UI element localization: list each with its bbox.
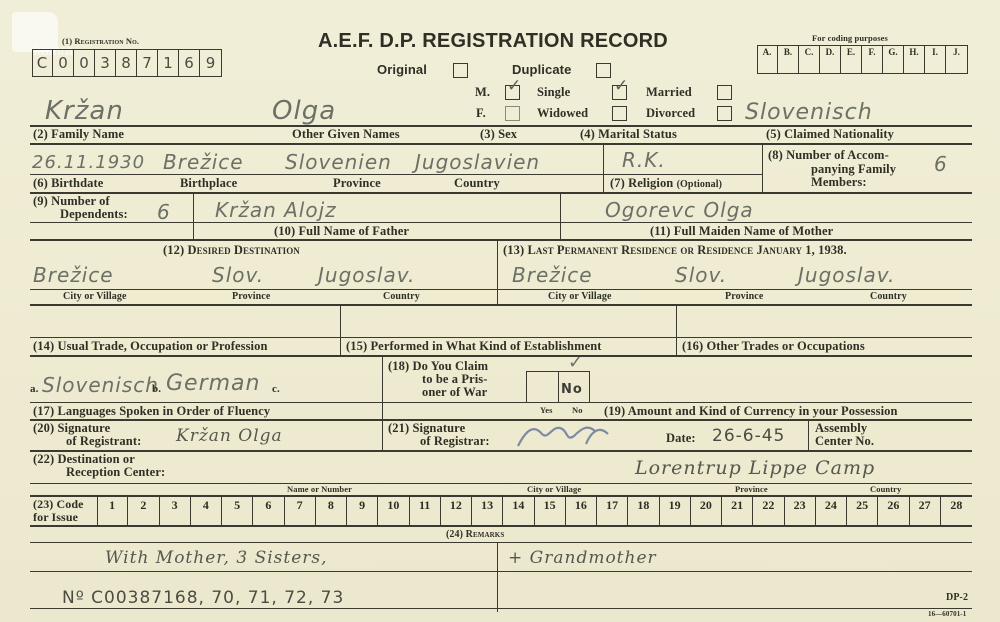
nationality-label: (5) Claimed Nationality [766,127,894,142]
other-trades-label: (16) Other Trades or Occupations [682,339,865,354]
given-names-value: Olga [272,96,336,126]
desired-destination-label: (12) Desired Destination [163,243,300,258]
birthplace-label: Birthplace [180,176,237,191]
religion-label: (7) Religion (Optional) [610,176,722,191]
destination-label-2: Reception Center: [66,465,165,480]
divider [808,419,809,450]
remarks-line2-left: Nº C00387168, 70, 71, 72, 73 [62,588,344,608]
destination-value: Lorentrup Lippe Camp [635,457,875,479]
single-label: Single [537,85,570,100]
duplicate-label: Duplicate [512,62,571,77]
divider [30,304,972,306]
divider [30,525,972,527]
sex-m-checkbox[interactable] [505,85,520,100]
lang-c-prefix: c. [272,383,280,395]
sex-f-label: F. [476,106,486,121]
pow-yes-box[interactable] [526,371,558,403]
country-value: Jugoslavien [415,150,540,174]
last-city-label: City or Village [548,291,612,302]
code-issue-cell[interactable]: 16 [566,496,597,526]
remarks-line1-right: + Grandmother [508,548,657,568]
code-issue-cell[interactable]: 11 [410,496,441,526]
pow-label-3: oner of War [422,385,487,400]
registration-label: (1) Registration No. [62,36,139,46]
code-issue-cell[interactable]: 27 [910,496,941,526]
widowed-checkbox[interactable] [612,106,627,121]
desired-country-value: Jugoslav. [318,263,415,287]
form-code: DP-2 [946,592,968,603]
divider [603,143,604,193]
original-label: Original [377,62,427,77]
divider [30,608,972,609]
coding-column[interactable]: H. [904,45,925,73]
last-province-label: Province [725,291,763,302]
pow-yes-label: Yes [540,405,553,415]
family-name-label: (2) Family Name [33,127,124,142]
desired-city-value: Brežice [33,263,114,287]
code-issue-cell[interactable]: 20 [691,496,722,526]
divider [560,192,561,240]
page-title: A.E.F. D.P. REGISTRATION RECORD [318,30,668,53]
establishment-label: (15) Performed in What Kind of Establish… [346,339,602,354]
desired-city-label: City or Village [63,291,127,302]
single-checkbox[interactable] [612,85,627,100]
code-issue-cell[interactable]: 21 [722,496,753,526]
pow-no-label: No [572,405,583,415]
code-issue-cell[interactable]: 26 [878,496,909,526]
code-issue-cell[interactable]: 1 [97,496,128,526]
destination-country-label: Country [870,484,901,494]
country-label: Country [454,176,500,191]
languages-label: (17) Languages Spoken in Order of Fluenc… [33,404,270,419]
divider [30,483,972,484]
destination-name-label: Name or Number [287,484,352,494]
divider [30,542,972,543]
duplicate-checkbox[interactable] [596,63,611,78]
last-province-value: Slov. [675,263,727,287]
father-label: (10) Full Name of Father [274,224,409,239]
desired-province-label: Province [232,291,270,302]
divider [497,542,498,612]
divider [676,304,677,356]
divider [30,402,972,403]
code-issue-cell[interactable]: 15 [535,496,566,526]
accompanying-label-1: (8) Number of Accom- [768,148,889,163]
pow-check-mark-icon: ✓ [568,352,583,373]
divider [340,304,341,356]
coding-column[interactable]: C. [799,45,820,73]
last-city-value: Brežice [512,263,593,287]
registration-digit: 9 [200,50,221,76]
divider [603,174,763,175]
last-country-label: Country [870,291,907,302]
divider [30,289,972,290]
registration-digit: 0 [53,50,74,76]
nationality-value: Slovenisch [745,100,873,125]
divider [30,337,972,338]
divider [497,239,498,305]
lang-a-prefix: a. [30,383,38,395]
code-issue-cell[interactable]: 2 [128,496,159,526]
divider [762,143,763,193]
desired-country-label: Country [383,291,420,302]
sex-label: (3) Sex [480,127,517,142]
coding-column[interactable]: J. [946,45,967,73]
print-code: 16—60701-1 [928,610,966,618]
coding-column[interactable]: B. [778,45,799,73]
registration-digit: 0 [74,50,95,76]
code-issue-cell[interactable]: 13 [472,496,503,526]
code-issue-cell[interactable]: 12 [441,496,472,526]
divider [193,192,194,240]
code-issue-cell[interactable]: 14 [503,496,534,526]
pow-no-box[interactable]: No [561,382,583,397]
code-issue-cell[interactable]: 28 [941,496,972,526]
lang-b-value: German [166,371,260,396]
divider [30,192,972,194]
married-checkbox[interactable] [717,85,732,100]
coding-column[interactable]: I. [925,45,946,73]
given-names-label: Other Given Names [292,127,400,142]
code-issue-cell[interactable]: 9 [347,496,378,526]
assembly-label-2: Center No. [815,434,874,449]
divider [30,355,972,357]
destination-province-label: Province [735,484,768,494]
religion-value: R.K. [622,148,666,172]
code-issue-cell[interactable]: 25 [847,496,878,526]
code-issue-cell[interactable]: 22 [753,496,784,526]
divider [558,371,559,403]
registration-digit: 1 [158,50,179,76]
date-label: Date: [666,431,696,446]
registration-digit: 3 [95,50,116,76]
code-issue-cell[interactable]: 5 [222,496,253,526]
code-issue-cell[interactable]: 23 [785,496,816,526]
registration-digit: C [32,50,53,76]
registrant-signature-value: Kržan Olga [176,426,283,446]
widowed-label: Widowed [537,106,588,121]
registrant-signature-label-2: of Registrant: [66,434,141,449]
birthdate-label: (6) Birthdate [33,176,103,191]
code-issue-cell[interactable]: 10 [378,496,409,526]
code-issue-label-2: for Issue [33,510,78,525]
coding-label: For coding purposes [812,33,888,43]
accompanying-label-3: Members: [811,175,867,190]
coding-column[interactable]: E. [841,45,862,73]
divider [30,222,972,223]
family-name-value: Kržan [45,96,124,126]
code-issue-cell[interactable]: 6 [253,496,284,526]
code-issue-cell[interactable]: 18 [628,496,659,526]
code-issue-cell[interactable]: 17 [597,496,628,526]
married-label: Married [646,85,692,100]
code-issue-cell[interactable]: 19 [660,496,691,526]
date-value: 26-6-45 [712,426,785,446]
code-issue-cell[interactable]: 3 [160,496,191,526]
birthdate-value: 26.11.1930 [32,152,145,173]
last-country-value: Jugoslav. [798,263,895,287]
birthplace-value: Brežice [163,150,244,174]
trade-label: (14) Usual Trade, Occupation or Professi… [33,339,268,354]
lang-a-value: Slovenisch [42,373,159,397]
coding-column[interactable]: D. [820,45,841,73]
divider [30,571,972,572]
province-label: Province [333,176,381,191]
divider [30,174,603,175]
coding-column[interactable]: G. [883,45,904,73]
registration-card: kamra (1) Registration No. C00387169 A.E… [0,0,1000,622]
religion-optional-note: (Optional) [677,179,722,190]
coding-column[interactable]: F. [862,45,883,73]
code-issue-cell[interactable]: 7 [285,496,316,526]
dependents-label-2: Dependents: [60,207,128,222]
remarks-line1-left: With Mother, 3 Sisters, [105,548,328,568]
sex-f-checkbox[interactable] [505,106,520,121]
code-issue-cell[interactable]: 4 [191,496,222,526]
divider [30,239,972,241]
registration-digit: 6 [179,50,200,76]
registrar-signature-label-2: of Registrar: [420,434,490,449]
remarks-label: (24) Remarks [446,529,504,540]
divorced-checkbox[interactable] [717,106,732,121]
mother-value: Ogorevc Olga [605,198,754,222]
sex-m-label: M. [475,85,490,100]
coding-column[interactable]: A. [757,45,778,73]
registration-digit: 8 [116,50,137,76]
registration-digit: 7 [137,50,158,76]
marital-status-label: (4) Marital Status [580,127,677,142]
code-issue-cell[interactable]: 8 [316,496,347,526]
accompanying-value: 6 [934,152,948,176]
destination-city-label: City or Village [527,484,581,494]
province-value: Slovenien [285,150,392,174]
desired-province-value: Slov. [212,263,264,287]
code-issue-cell[interactable]: 24 [816,496,847,526]
original-checkbox[interactable] [453,63,468,78]
divider [30,143,972,145]
dependents-value: 6 [157,200,171,224]
mother-label: (11) Full Maiden Name of Mother [650,224,833,239]
father-value: Kržan Alojz [215,198,337,222]
currency-label: (19) Amount and Kind of Currency in your… [604,404,898,419]
lang-b-prefix: b. [152,383,161,395]
divorced-label: Divorced [646,106,695,121]
divider [30,450,972,452]
last-residence-label: (13) Last Permanent Residence or Residen… [503,243,847,258]
registrar-signature-scribble [516,420,616,448]
